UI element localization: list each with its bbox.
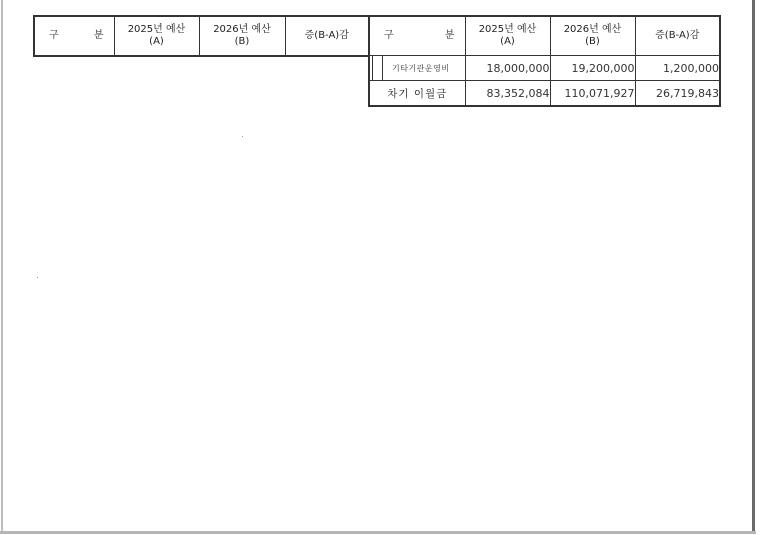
cell-budget-2025: 18,000,000: [465, 56, 550, 81]
header-change: 증(B-A)감: [285, 16, 369, 56]
header-budget-2026: 2026년 예산 (B): [550, 16, 635, 56]
cell-change: 1,200,000: [635, 56, 720, 81]
cell-budget-2026: 110,071,927: [550, 81, 635, 107]
table-header-row: 구분 2025년 예산 (A) 2026년 예산 (B) 증(B-A)감: [369, 16, 720, 56]
budget-table-left: 구분 2025년 예산 (A) 2026년 예산 (B) 증(B-A)감: [33, 15, 370, 57]
indent-marker: [372, 56, 383, 80]
header-change: 증(B-A)감: [635, 16, 720, 56]
row-label-carryover: 차기 이월금: [369, 81, 465, 107]
table-row: 기타기관운영비 18,000,000 19,200,000 1,200,000: [369, 56, 720, 81]
row-label-other-agency-operating: 기타기관운영비: [369, 56, 465, 81]
scan-speck: [37, 277, 38, 278]
budget-table-right: 구분 2025년 예산 (A) 2026년 예산 (B) 증(B-A)감 기타기…: [368, 15, 721, 107]
page-border-left: [1, 0, 3, 533]
page-border-bottom: [0, 531, 756, 534]
header-budget-2025: 2025년 예산 (A): [465, 16, 550, 56]
table-header-row: 구분 2025년 예산 (A) 2026년 예산 (B) 증(B-A)감: [34, 16, 369, 56]
cell-budget-2026: 19,200,000: [550, 56, 635, 81]
header-budget-2026: 2026년 예산 (B): [199, 16, 285, 56]
header-budget-2025: 2025년 예산 (A): [114, 16, 199, 56]
scan-speck: [242, 136, 243, 137]
cell-budget-2025: 83,352,084: [465, 81, 550, 107]
table-row: 차기 이월금 83,352,084 110,071,927 26,719,843: [369, 81, 720, 107]
page-border-right: [752, 0, 755, 533]
cell-change: 26,719,843: [635, 81, 720, 107]
header-category: 구분: [34, 16, 114, 56]
header-category: 구분: [369, 16, 465, 56]
